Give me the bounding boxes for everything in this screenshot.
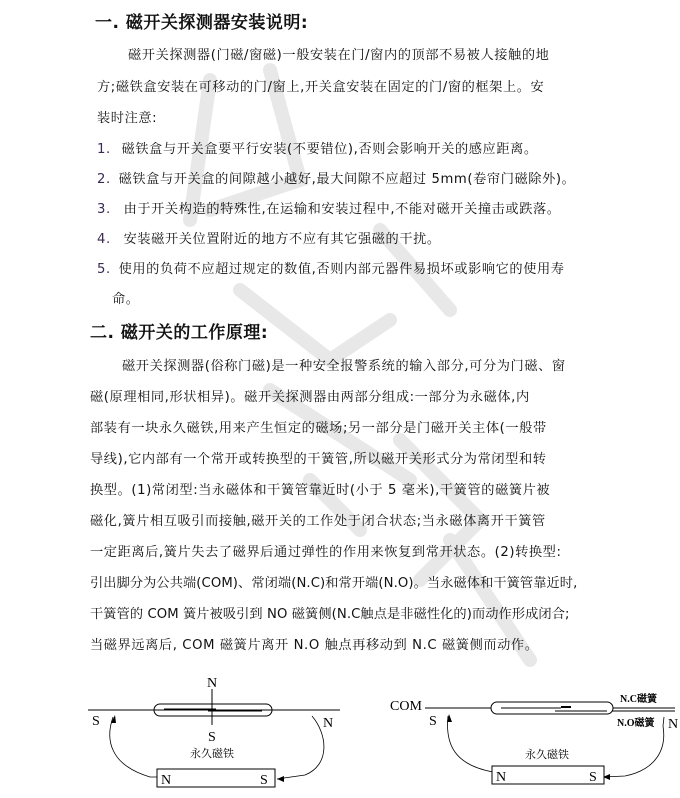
permanent-magnet-shape <box>492 766 604 784</box>
section-2-heading: 二. 磁开关的工作原理: <box>90 318 268 343</box>
list-item-number: 3. <box>97 202 111 217</box>
magnet-caption: 永久磁铁 <box>525 747 569 761</box>
field-line-left <box>110 717 157 777</box>
left-end-pole-label: S <box>92 714 100 729</box>
paragraph-line-7: 一定距离后,簧片失去了磁界后通过弹性的作用来恢复到常开状态。(2)转换型: <box>90 541 562 560</box>
list-item-number: 1. <box>97 142 111 157</box>
field-line-right <box>277 716 324 779</box>
list-item-text: 磁铁盒与开关盒要平行安装(不要错位),否则会影响开关的感应距离。 <box>122 142 538 157</box>
right-end-pole-label: N <box>668 717 678 732</box>
list-item-number: 2. <box>97 172 111 187</box>
document-page: 一. 磁开关探测器安装说明: 磁开关探测器(门磁/窗磁)一般安装在门/窗内的顶部… <box>0 0 680 798</box>
list-item-4: 4. 安装磁开关位置附近的地方不应有其它强磁的干扰。 <box>97 228 441 247</box>
field-line-right <box>603 726 664 777</box>
list-item-5-continuation: 命。 <box>112 288 140 307</box>
list-item-number: 5. <box>97 262 111 277</box>
reed-switch-diagram-changeover: COM S N.C磁簧 N.O磁簧 N 永久磁铁 N S <box>385 680 680 798</box>
list-item-2: 2. 磁铁盒与开关盒的间隙越小越好,最大间隙不应超过 5mm(卷帘门磁除外)。 <box>97 168 575 187</box>
permanent-magnet-shape <box>157 769 275 787</box>
magnet-right-pole-label: S <box>589 770 597 785</box>
list-item-3: 3. 由于开关构造的特殊性,在运输和安装过程中,不能对磁开关撞击或跌落。 <box>97 198 561 217</box>
section-1-heading: 一. 磁开关探测器安装说明: <box>95 8 308 33</box>
paragraph-line-4: 导线),它内部有一个常开或转换型的干簧管,所以磁开关形式分为常闭型和转 <box>90 448 547 467</box>
list-item-text: 安装磁开关位置附近的地方不应有其它强磁的干扰。 <box>124 232 441 247</box>
intro-line-3: 装时注意: <box>97 107 157 126</box>
magnet-left-pole-label: N <box>161 773 171 788</box>
paragraph-line-10: 当磁界远离后, COM 磁簧片离开 N.O 触点再移动到 N.C 磁簧侧而动作。 <box>90 634 539 653</box>
nc-reed-label: N.C磁簧 <box>620 692 658 705</box>
no-reed-label: N.O磁簧 <box>617 716 656 729</box>
field-line-left <box>448 716 498 772</box>
reed-switch-diagram-normally-closed: N S S N 永久磁铁 N S <box>80 665 360 798</box>
magnet-caption: 永久磁铁 <box>190 746 234 760</box>
paragraph-line-2: 磁(原理相同,形状相异)。磁开关探测器由两部分组成:一部分为永磁体,内 <box>90 386 530 405</box>
arrow-icon <box>277 776 284 782</box>
reed-bottom-pole-label: S <box>208 730 216 745</box>
intro-line-1: 磁开关探测器(门磁/窗磁)一般安装在门/窗内的顶部不易被人接触的地 <box>128 44 549 63</box>
list-item-5: 5. 使用的负荷不应超过规定的数值,否则内部元器件易损坏或影响它的使用寿 <box>97 258 565 277</box>
list-item-1: 1. 磁铁盒与开关盒要平行安装(不要错位),否则会影响开关的感应距离。 <box>97 138 538 157</box>
paragraph-line-8: 引出脚分为公共端(COM)、常闭端(N.C)和常开端(N.O)。当永磁体和干簧管… <box>90 572 577 591</box>
reed-top-pole-label: N <box>207 676 217 691</box>
list-item-text: 由于开关构造的特殊性,在运输和安装过程中,不能对磁开关撞击或跌落。 <box>124 202 561 217</box>
paragraph-line-6: 磁化,簧片相互吸引而接触,磁开关的工作处于闭合状态;当永磁体离开干簧管 <box>90 510 546 529</box>
paragraph-line-5: 换型。(1)常闭型:当永磁体和干簧管靠近时(小于 5 毫米),干簧管的磁簧片被 <box>90 479 550 498</box>
paragraph-line-3: 部装有一块永久磁铁,用来产生恒定的磁场;另一部分是门磁开关主体(一般带 <box>90 417 547 436</box>
list-item-number: 4. <box>97 232 111 247</box>
intro-line-2: 方;磁铁盒安装在可移动的门/窗上,开关盒安装在固定的门/窗的框架上。安 <box>97 76 544 95</box>
arrow-icon <box>111 715 116 723</box>
right-end-pole-label: N <box>323 716 333 731</box>
paragraph-line-9: 干簧管的 COM 簧片被吸引到 NO 磁簧侧(N.C触点是非磁性化的)而动作形成… <box>90 603 570 622</box>
magnet-left-pole-label: N <box>496 770 506 785</box>
left-end-pole-label: S <box>429 714 437 729</box>
list-item-text: 使用的负荷不应超过规定的数值,否则内部元器件易损坏或影响它的使用寿 <box>119 262 565 277</box>
magnet-right-pole-label: S <box>260 773 268 788</box>
list-item-text: 磁铁盒与开关盒的间隙越小越好,最大间隙不应超过 5mm(卷帘门磁除外)。 <box>119 172 576 187</box>
com-label: COM <box>390 699 422 714</box>
paragraph-line-1: 磁开关探测器(俗称门磁)是一种安全报警系统的输入部分,可分为门磁、窗 <box>122 355 566 374</box>
